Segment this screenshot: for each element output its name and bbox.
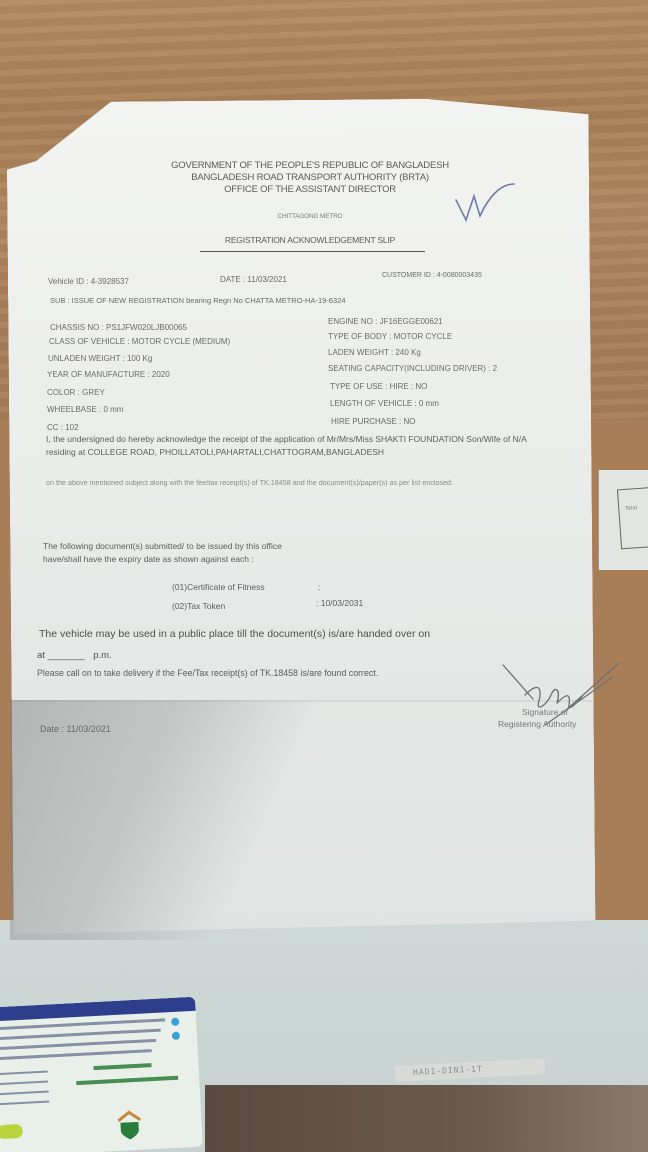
acknowledgement-line-3: on the above mentioned subject along wit… bbox=[46, 478, 453, 487]
subject-line: SUB : ISSUE OF NEW REGISTRATION bearing … bbox=[50, 296, 346, 305]
year-of-manufacture: YEAR OF MANUFACTURE : 2020 bbox=[47, 370, 170, 379]
at-prefix: at bbox=[37, 650, 45, 661]
registering-authority-label: Registering Authority bbox=[498, 719, 576, 729]
color: COLOR : GREY bbox=[47, 388, 105, 397]
product-sticker bbox=[0, 997, 203, 1152]
header-government: GOVERNMENT OF THE PEOPLE'S REPUBLIC OF B… bbox=[160, 160, 460, 171]
acknowledgement-line-1: I, the undersigned do hereby acknowledge… bbox=[46, 434, 527, 444]
signature-label: Signature of bbox=[522, 707, 568, 717]
unladen-weight: UNLADEN WEIGHT : 100 Kg bbox=[48, 354, 152, 363]
customer-id: CUSTOMER ID : 4-0080003435 bbox=[382, 272, 482, 279]
side-paper-edge: SA Total bbox=[598, 470, 648, 570]
document-item-name: (02)Tax Token bbox=[172, 601, 225, 611]
header-authority: BANGLADESH ROAD TRANSPORT AUTHORITY (BRT… bbox=[160, 172, 460, 183]
documents-intro-2: have/shall have the expiry date as shown… bbox=[43, 554, 254, 564]
vehicle-id: Vehicle ID : 4-3928537 bbox=[48, 277, 129, 286]
footer-date: Date : 11/03/2021 bbox=[40, 724, 111, 734]
handwritten-check-icon bbox=[448, 178, 518, 228]
slip-date: DATE : 11/03/2021 bbox=[220, 275, 287, 284]
dark-surface-strip bbox=[205, 1085, 648, 1152]
engine-no: ENGINE NO : JF16EGGE00621 bbox=[328, 317, 443, 326]
documents-intro-1: The following document(s) submitted/ to … bbox=[43, 541, 282, 551]
body-type: TYPE OF BODY : MOTOR CYCLE bbox=[328, 332, 452, 341]
vehicle-class: CLASS OF VEHICLE : MOTOR CYCLE (MEDIUM) bbox=[49, 337, 230, 346]
document-item-name: (01)Certificate of Fitness bbox=[172, 582, 265, 592]
time-blank: _______ bbox=[48, 650, 85, 661]
cc: CC : 102 bbox=[47, 423, 79, 432]
document-item-expiry: : 10/03/2031 bbox=[316, 598, 363, 608]
title-underline bbox=[200, 251, 425, 252]
document-item-expiry: : bbox=[318, 582, 320, 592]
acknowledgement-line-2: residing at COLLEGE ROAD, PHOILLATOLI,PA… bbox=[46, 447, 384, 457]
side-paper-box: Total bbox=[617, 487, 648, 550]
handover-time-line: at _______ p.m. bbox=[37, 650, 112, 661]
wheelbase: WHEELBASE : 0 mm bbox=[47, 405, 123, 414]
document-title: REGISTRATION ACKNOWLEDGEMENT SLIP bbox=[160, 235, 460, 245]
header-office-location: CHITTAGONG METRO bbox=[160, 213, 460, 220]
hire-purchase: HIRE PURCHASE : NO bbox=[331, 417, 415, 426]
shield-logo-icon bbox=[116, 1110, 144, 1141]
header-office: OFFICE OF THE ASSISTANT DIRECTOR bbox=[160, 184, 460, 195]
type-of-use: TYPE OF USE : HIRE : NO bbox=[330, 382, 427, 391]
pm-suffix: p.m. bbox=[93, 650, 111, 661]
delivery-instructions: Please call on to take delivery if the F… bbox=[37, 668, 378, 678]
vehicle-length: LENGTH OF VEHICLE : 0 mm bbox=[330, 399, 439, 408]
usage-statement: The vehicle may be used in a public plac… bbox=[39, 628, 430, 640]
laden-weight: LADEN WEIGHT : 240 Kg bbox=[328, 348, 421, 357]
chassis-no: CHASSIS NO : PS1JFW020LJB00065 bbox=[50, 323, 187, 332]
seating-capacity: SEATING CAPACITY(INCLUDING DRIVER) : 2 bbox=[328, 364, 497, 373]
